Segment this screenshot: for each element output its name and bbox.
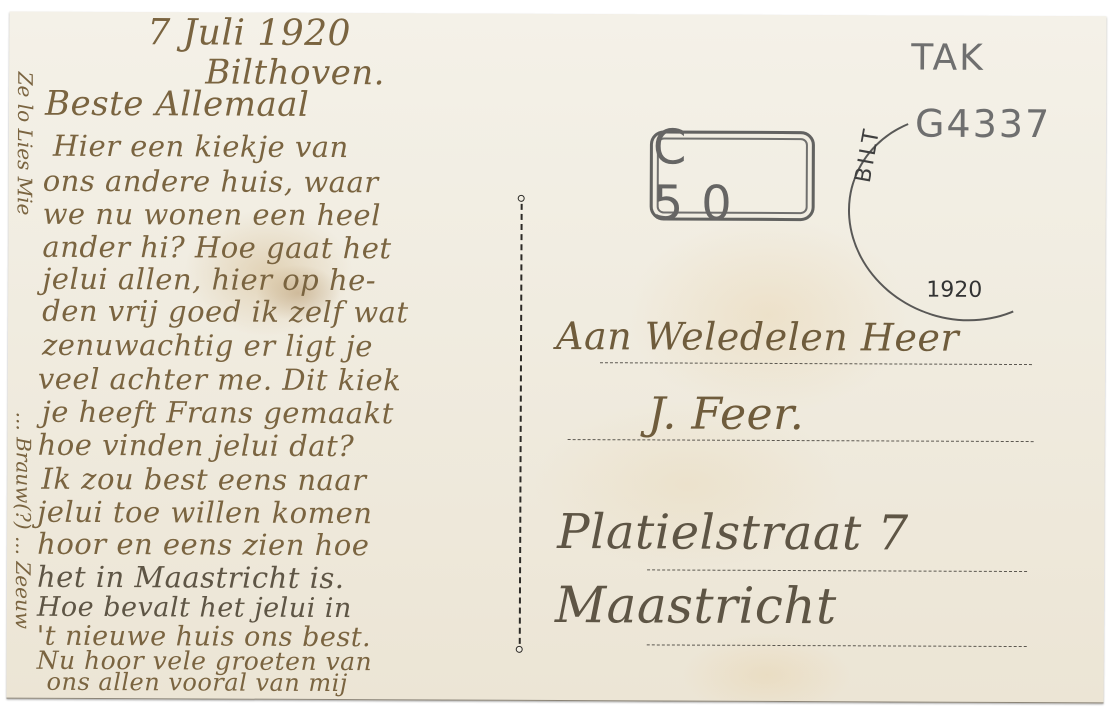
message-line: hoe vinden jelui dat? <box>38 428 355 463</box>
address-rule-3 <box>647 569 1027 572</box>
message-line: Hier een kiekje van <box>53 129 349 164</box>
pencil-note-tak: TAK <box>911 38 985 79</box>
address-rule-4 <box>647 644 1027 647</box>
message-line: jelui allen, hier op he- <box>42 262 376 297</box>
message-line: je heeft Frans gemaakt <box>42 395 394 431</box>
divider-end-dot <box>516 646 523 653</box>
address-rule-1 <box>600 362 1032 365</box>
message-line: ander hi? Hoe gaat het <box>42 230 391 266</box>
message-line: ons andere huis, waar <box>43 164 379 199</box>
address-rule-2 <box>568 439 1034 442</box>
message-date: 7 Juli 1920 <box>147 12 351 54</box>
address-line-3: Platielstraat 7 <box>557 504 909 562</box>
address-line-1: Aan Weledelen Heer <box>556 314 959 360</box>
message-line: het in Maastricht is. <box>37 560 345 595</box>
margin-text-top: Ze lo Lies Mie <box>13 72 38 216</box>
message-line: ons allen vooral van mij <box>47 668 348 697</box>
message-line: jelui toe willen komen <box>37 495 372 530</box>
message-line: zenuwachtig er ligt je <box>42 328 373 363</box>
margin-text-bottom: ... Brauw(?) ... Zeeuw <box>11 412 36 629</box>
postcard: 7 Juli 1920 Bilthoven. Beste Allemaal Hi… <box>7 12 1107 704</box>
postage-due-box-stamp: C 50 <box>650 130 815 221</box>
address-line-4: Maastricht <box>555 576 837 635</box>
message-line: den vrij goed ik zelf wat <box>42 294 408 330</box>
message-line: hoor en eens zien hoe <box>37 527 369 562</box>
card-divider-line <box>519 204 523 644</box>
message-line: we nu wonen een heel <box>43 197 381 232</box>
postmark-year: 1920 <box>926 278 982 303</box>
address-line-2: J. Feer. <box>648 388 805 440</box>
divider-end-dot <box>518 195 525 202</box>
pencil-note-number: G4337 <box>915 102 1051 147</box>
message-salutation: Beste Allemaal <box>45 84 309 125</box>
message-line: veel achter me. Dit kiek <box>38 362 402 398</box>
message-line: Ik zou best eens naar <box>41 462 366 497</box>
message-line: Hoe bevalt het jelui in <box>37 592 352 624</box>
box-stamp-text: C 50 <box>653 119 812 232</box>
